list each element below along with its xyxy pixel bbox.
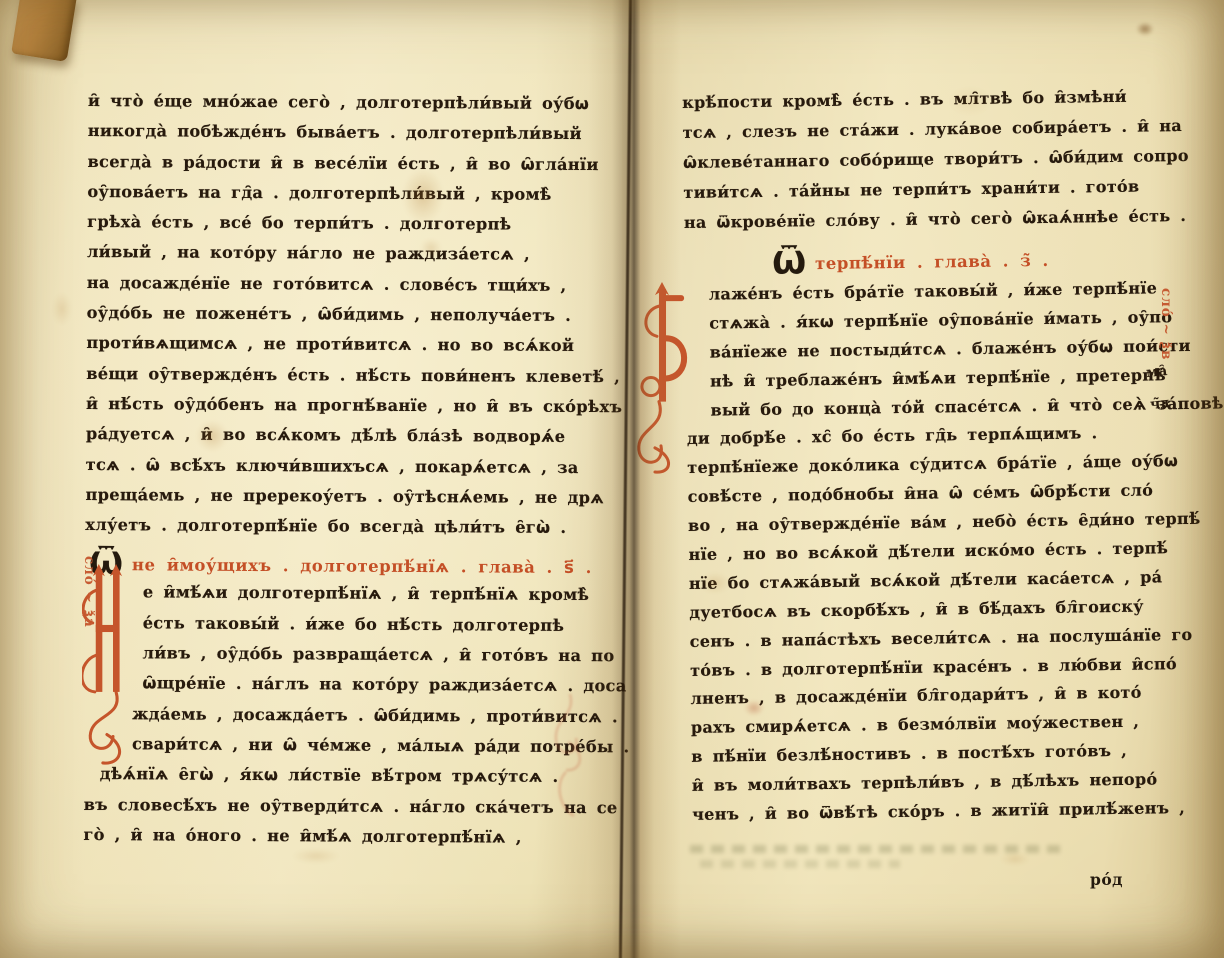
text-line: е́сть таковы́й . и́же бо нѣ́сть долготер…: [85, 608, 577, 641]
text-line: ве́щи оу̑твержде́нъ е́сть . нѣ́сть пови́…: [86, 359, 578, 392]
right-margin-reference-2: ч̃д: [1149, 395, 1170, 413]
text-line: преща́емь , не пререкоу́етъ . оу̑тѣснѧ́е…: [85, 480, 577, 513]
left-chapter-heading: Ѿ не и̑моу́щихъ . долготерпѣ́нїѧ . глава…: [85, 541, 577, 580]
text-line: въ словесѣ́хъ не оу̑тверди́тсѧ . на́гло …: [84, 790, 576, 823]
left-margin-note-red: сло́ ~ ѯа: [81, 556, 97, 628]
right-margin-note-red: сло́ ~ ѯв: [1158, 288, 1174, 360]
left-text-block: и̑ что̀ е́ще мно́жае сего̀ , долготерпѣл…: [83, 86, 580, 853]
right-margin-reference-1: ма̑: [1145, 363, 1168, 381]
text-line: оу̑пова́етъ на гд̑а . долготерпѣли́вый ,…: [87, 177, 579, 210]
text-line: и̑ что̀ е́ще мно́жае сего̀ , долготерпѣл…: [88, 86, 580, 119]
left-paragraph-1: и̑ что̀ е́ще мно́жае сего̀ , долготерпѣл…: [85, 86, 580, 543]
book-spread: и̑ что̀ е́ще мно́жае сего̀ , долготерпѣл…: [0, 0, 1224, 958]
text-line: и̑ нѣ́сть оу̑до́бенъ на прогнѣ́ванїе , н…: [86, 389, 578, 422]
text-line: жда́емь , досажда́етъ . ѡ̑би́димь , прот…: [84, 699, 576, 732]
text-line: дѣѧ́нїѧ е̑гѡ̀ , я́кѡ ли́ствїе вѣ́тром тр…: [84, 759, 576, 792]
wooden-bookmark-tab: [11, 0, 77, 62]
text-line: тсѧ . ѡ̑ всѣ́хъ ключи́вшихъсѧ , покарѧ́е…: [86, 450, 578, 483]
text-line: го̀ , и̑ на о́ного . не и̑мѣ́ѧ долготерп…: [83, 820, 575, 853]
omega-ot-initial: Ѿ: [772, 250, 806, 276]
text-line: всегда̀ в ра́дости и̑ в весе́лїи е́сть ,…: [87, 147, 579, 180]
text-line: ра́дуетсѧ , и̑ во всѧ́комъ дѣ́лѣ бла́зѣ …: [86, 419, 578, 452]
right-text-block: крѣ́пости кромѣ̀ е́сть . въ мл̑твѣ бо и̑…: [682, 81, 1174, 830]
catchword: ро́д: [1090, 870, 1123, 889]
text-line: никогда̀ побѣжде́нъ быва́етъ . долготерп…: [88, 116, 580, 149]
right-paragraph-2: лаже́нъ е́сть бра́тїе таковы́й , и́же те…: [685, 274, 1175, 830]
text-line: ли́въ , оу̑до́бь развраща́етсѧ , и̑ гото…: [84, 638, 576, 671]
text-line: е и̑мѣ́ѧи долготерпѣ́нїѧ , и̑ терпѣ́нїѧ …: [85, 577, 577, 610]
text-line: хлу́етъ . долготерпѣ́нїе бо всегда̀ цѣли…: [85, 510, 577, 543]
text-line: на досажде́нїе не гото́витсѧ . слове́съ …: [87, 268, 579, 301]
text-line: свари́тсѧ , ни ѡ̑ че́мже , ма́лыѧ ра́ди …: [84, 729, 576, 762]
right-heading-rubric: терпѣ́нїи . глава̀ . з̃ .: [815, 251, 1049, 276]
text-line: проти́вѧщимсѧ , не проти́витсѧ . но во в…: [86, 328, 578, 361]
text-line: грѣха̀ е́сть , все́ бо терпи́тъ . долгот…: [87, 207, 579, 240]
left-paragraph-2: е и̑мѣ́ѧи долготерпѣ́нїѧ , и̑ терпѣ́нїѧ …: [83, 577, 577, 853]
right-paragraph-1: крѣ́пости кромѣ̀ е́сть . въ мл̑твѣ бо и̑…: [682, 81, 1166, 238]
text-line: ѡ̑щре́нїе . на́глъ на кото́ру раждиза́ет…: [84, 668, 576, 701]
text-line: оу̑до́бь не пожене́тъ , ѡ̑би́димь , непо…: [87, 298, 579, 331]
text-line: ли́вый , на кото́ру на́гло не раждиза́ет…: [87, 237, 579, 270]
right-chapter-heading: Ѿ терпѣ́нїи . глава̀ . з̃ .: [684, 231, 1167, 278]
left-heading-rubric: не и̑моу́щихъ . долготерпѣ́нїѧ . глава̀ …: [132, 556, 592, 581]
